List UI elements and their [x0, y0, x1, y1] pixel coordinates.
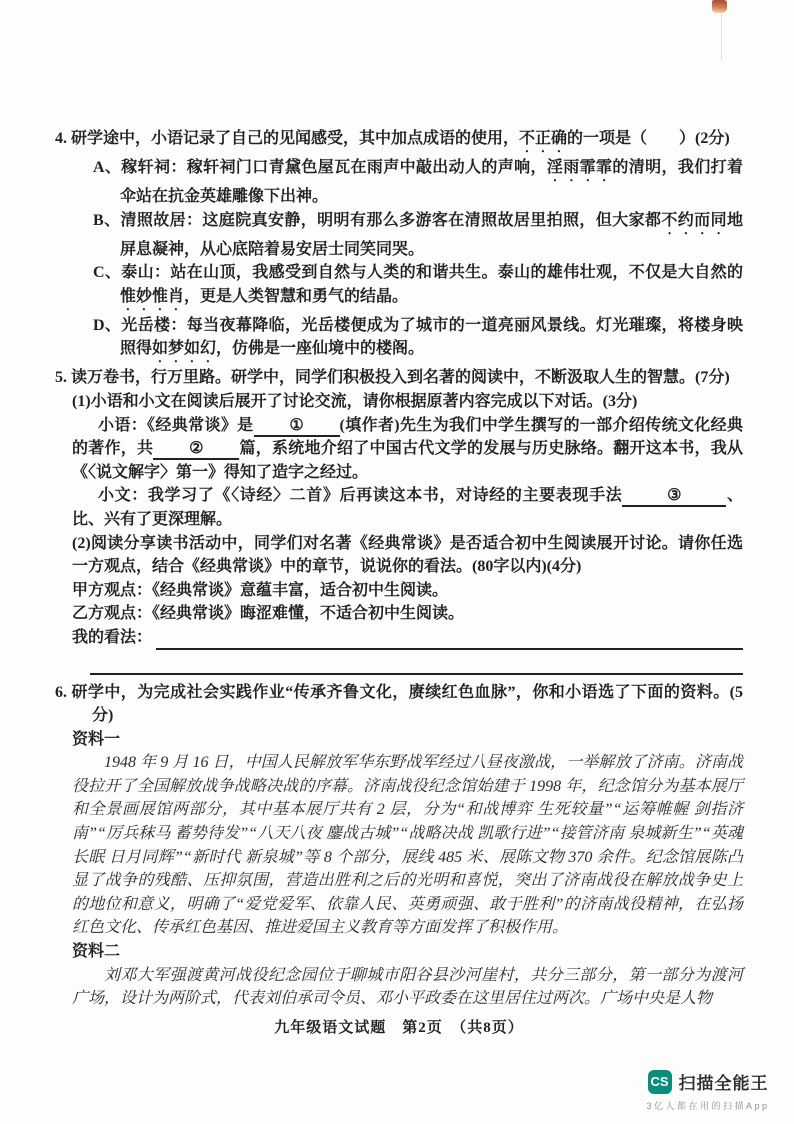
text-run: ，更是人类智慧和勇气的结晶。	[184, 288, 408, 305]
answer-line-2	[90, 650, 743, 675]
red-corner-mark	[712, 0, 727, 13]
my-view-row: 我的看法：	[72, 626, 743, 650]
scanned-exam-page: 4. 研学途中，小语记录了自己的见闻感受，其中加点成语的使用，不正确的一项是（ …	[0, 0, 794, 1124]
page-footer: 九年级语文试题 第2页 （共8页）	[55, 1017, 743, 1041]
answer-blank: ③	[622, 487, 726, 507]
text-run: ，仿佛是一座仙境中的楼阁。	[216, 340, 424, 357]
answer-line-1	[156, 628, 743, 650]
text-run: A、稼轩祠：稼轩祠门口青黛色屋瓦在雨声中敲出动人的声响，	[93, 159, 547, 176]
text-run: 的一项是（ ）(2分)	[567, 130, 730, 147]
answer-blank: ①	[254, 417, 340, 437]
emphasized-idiom: 不正确	[519, 130, 567, 147]
camscanner-logo-row: CS 扫描全能王	[630, 1069, 786, 1094]
emphasized-idiom: 淫雨霏霏	[547, 159, 612, 176]
text-run: 4. 研学途中，小语记录了自己的见闻感受，其中加点成语的使用，	[55, 130, 519, 147]
text-run: 小语：《经典常谈》是	[98, 417, 254, 434]
option-b: B、清照故居：这庭院真安静，明明有那么多游客在清照故居里拍照，但大家都不约而同地…	[93, 209, 743, 262]
camscanner-brand-text: 扫描全能王	[679, 1069, 769, 1094]
text-run: B、清照故居：这庭院真安静，明明有那么多游客在清照故居里拍照，但大家都	[93, 212, 661, 229]
option-c: C、泰山：站在山顶，我感受到自然与人类的和谐共生。泰山的雄伟壮观，不仅是大自然的…	[93, 261, 743, 314]
text-run: 小文：我学习了《〈诗经〉二首》后再读这本书，对诗经的主要表现手法	[98, 487, 622, 504]
question-6-stem: 6. 研学中，为完成社会实践作业“传承齐鲁文化，赓续红色血脉”，你和小语选了下面…	[55, 681, 743, 728]
my-view-label: 我的看法：	[72, 626, 152, 650]
question-5-part2: (2)阅读分享读书活动中，同学们对名著《经典常谈》是否适合初中生阅读展开讨论。请…	[72, 532, 743, 579]
material-2-title: 资料二	[72, 940, 743, 964]
option-d: D、光岳楼：每当夜幕降临，光岳楼便成为了城市的一道亮丽风景线。灯光璀璨，将楼身映…	[93, 314, 743, 367]
paper-crease-line	[721, 13, 722, 61]
question-5-stem: 5. 读万卷书，行万里路。研学中，同学们积极投入到名著的阅读中，不断汲取人生的智…	[55, 366, 743, 390]
text-run: C、泰山：站在山顶，我感受到自然与人类的和谐共生。泰山的雄伟壮观，不仅是大自然的	[93, 264, 743, 281]
emphasized-idiom: 如梦如幻	[152, 340, 216, 357]
dialog-xiaowen: 小文：我学习了《〈诗经〉二首》后再读这本书，对诗经的主要表现手法③、比、兴有了更…	[72, 484, 743, 531]
option-a: A、稼轩祠：稼轩祠门口青黛色屋瓦在雨声中敲出动人的声响，淫雨霏霏的清明，我们打着…	[93, 156, 743, 209]
exam-content: 4. 研学途中，小语记录了自己的见闻感受，其中加点成语的使用，不正确的一项是（ …	[55, 127, 743, 1040]
camscanner-tagline: 3亿人都在用的扫描App	[630, 1099, 786, 1112]
viewpoint-jia: 甲方观点：《经典常谈》意蕴丰富，适合初中生阅读。	[72, 579, 743, 603]
material-2-text: 刘邓大军强渡黄河战役纪念园位于聊城市阳谷县沙河崖村，共分三部分，第一部分为渡河广…	[72, 964, 743, 1011]
camscanner-icon: CS	[648, 1070, 672, 1094]
viewpoint-yi: 乙方观点：《经典常谈》晦涩难懂，不适合初中生阅读。	[72, 602, 743, 626]
camscanner-watermark: CS 扫描全能王 3亿人都在用的扫描App	[630, 1069, 786, 1112]
material-1-text: 1948 年 9 月 16 日，中国人民解放军华东野战军经过八昼夜激战，一举解放…	[72, 751, 743, 940]
question-4-options: A、稼轩祠：稼轩祠门口青黛色屋瓦在雨声中敲出动人的声响，淫雨霏霏的清明，我们打着…	[93, 156, 743, 366]
answer-blank: ②	[153, 440, 239, 460]
question-5-part1: (1)小语和小文在阅读后展开了讨论交流，请你根据原著内容完成以下对话。(3分)	[72, 390, 743, 414]
material-1-title: 资料一	[72, 728, 743, 752]
question-4-stem: 4. 研学途中，小语记录了自己的见闻感受，其中加点成语的使用，不正确的一项是（ …	[55, 127, 743, 156]
emphasized-idiom: 惟妙惟肖	[120, 288, 184, 305]
emphasized-idiom: 不约而同	[661, 212, 727, 229]
dialog-xiaoyu: 小语：《经典常谈》是①(填作者)先生为我们中学生撰写的一部介绍传统文化经典的著作…	[72, 414, 743, 485]
